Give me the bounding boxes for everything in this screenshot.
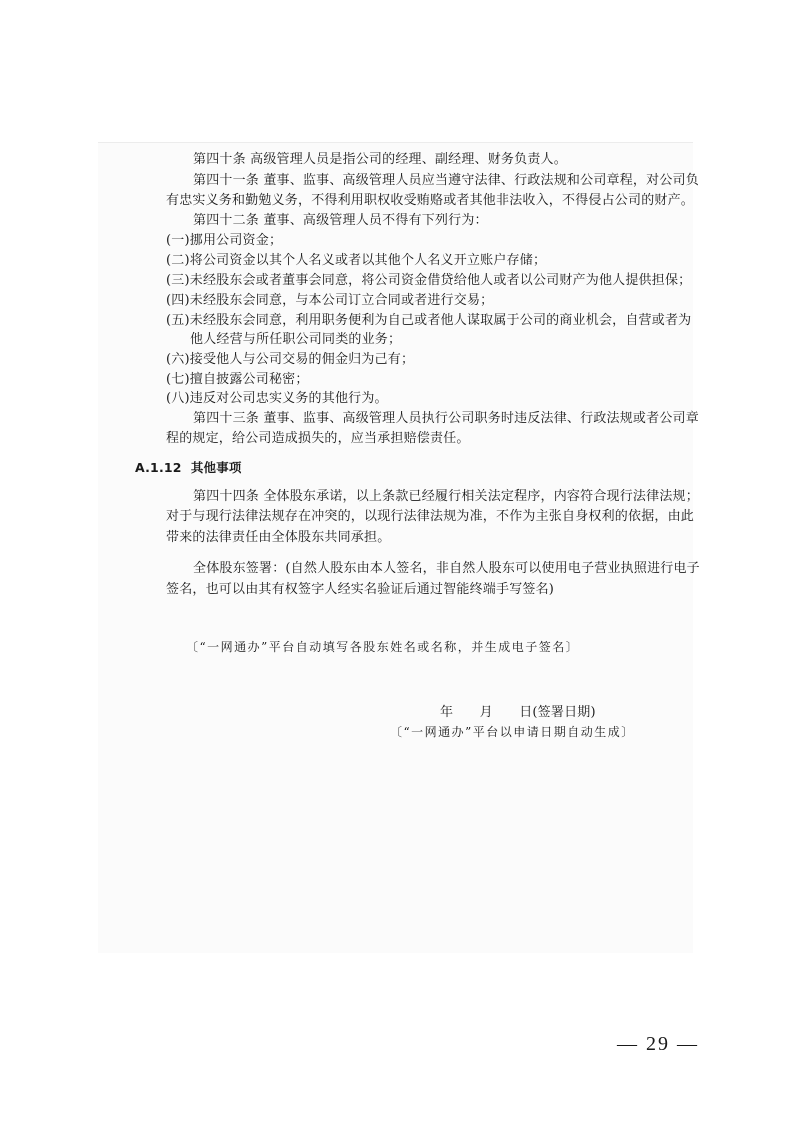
signature-auto-note: 〔“一网通办”平台自动填写各股东姓名或名称，并生成电子签名〕: [186, 637, 579, 657]
article-42-item-2: (二)将公司资金以其个人名义或者以其他个人名义开立账户存储；: [166, 251, 546, 271]
article-44-line2: 对于与现行法律法规存在冲突的，以现行法律法规为准，不作为主张自身权利的依据，由此: [166, 507, 694, 527]
article-42-item-7: (七)擅自披露公司秘密；: [166, 370, 309, 390]
article-44-line1: 第四十四条 全体股东承诺，以上条款已经履行相关法定程序，内容符合现行法律法规；: [193, 487, 699, 507]
section-title: 其他事项: [191, 460, 242, 475]
signature-line1: 全体股东签署：(自然人股东由本人签名，非自然人股东可以使用电子营业执照进行电子: [193, 559, 700, 579]
article-44-line3: 带来的法律责任由全体股东共同承担。: [166, 528, 390, 548]
date-auto-note: 〔“一网通办”平台以申请日期自动生成〕: [390, 722, 635, 742]
article-42-item-3: (三)未经股东会或者董事会同意，将公司资金借贷给他人或者以公司财产为他人提供担保…: [166, 271, 691, 291]
article-42-item-6: (六)接受他人与公司交易的佣金归为己有；: [166, 350, 414, 370]
section-heading: A.1.12 其他事项: [135, 458, 242, 478]
article-41-line1: 第四十一条 董事、监事、高级管理人员应当遵守法律、行政法规和公司章程，对公司负: [193, 171, 699, 191]
date-label: 年 月 日(签署日期): [440, 703, 596, 723]
article-42-item-8: (八)违反对公司忠实义务的其他行为。: [166, 389, 388, 409]
article-41-line2: 有忠实义务和勤勉义务，不得利用职权收受贿赂或者其他非法收入，不得侵占公司的财产。: [166, 191, 694, 211]
article-40: 第四十条 高级管理人员是指公司的经理、副经理、财务负责人。: [193, 150, 567, 170]
signature-line2: 签名，也可以由其有权签字人经实名验证后通过智能终端手写签名): [166, 580, 554, 600]
article-42-item-4: (四)未经股东会同意，与本公司订立合同或者进行交易；: [166, 291, 493, 311]
article-43-line1: 第四十三条 董事、监事、高级管理人员执行公司职务时违反法律、行政法规或者公司章: [193, 409, 699, 429]
page-number: — 29 —: [617, 1033, 699, 1056]
article-42-item-1: (一)挪用公司资金；: [166, 231, 282, 251]
article-42-item-5-cont: 他人经营与所任职公司同类的业务；: [190, 330, 401, 350]
article-43-line2: 程的规定，给公司造成损失的，应当承担赔偿责任。: [166, 429, 470, 449]
article-42-item-5: (五)未经股东会同意，利用职务便利为自己或者他人谋取属于公司的商业机会，自营或者…: [166, 311, 691, 331]
section-number: A.1.12: [135, 460, 182, 475]
article-42-intro: 第四十二条 董事、高级管理人员不得有下列行为：: [193, 211, 488, 231]
